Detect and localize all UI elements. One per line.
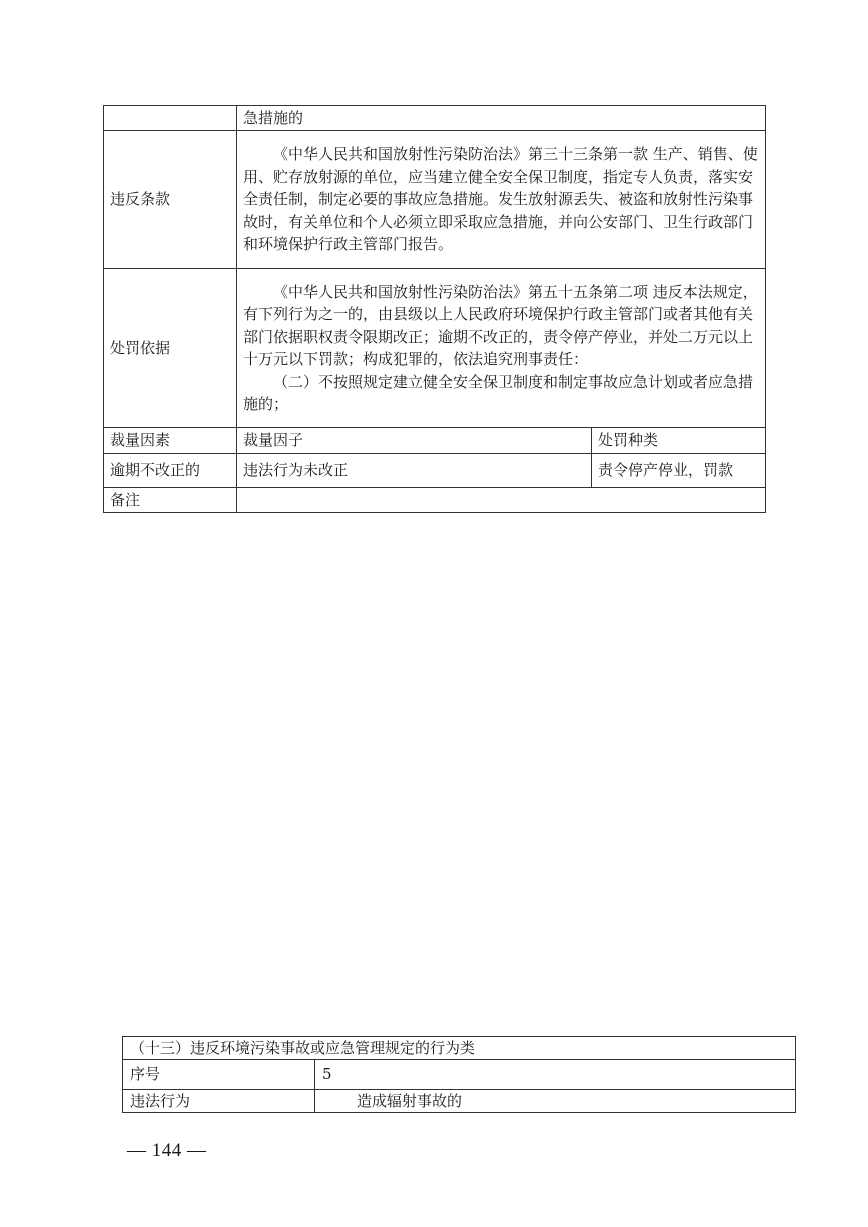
category-table: （十三）违反环境污染事故或应急管理规定的行为类 序号 5 违法行为 造成辐射事故… bbox=[122, 1036, 796, 1113]
serial-row: 序号 5 bbox=[123, 1060, 796, 1090]
violation-row: 违法行为 造成辐射事故的 bbox=[123, 1090, 796, 1113]
violation-clause-row: 违反条款 《中华人民共和国放射性污染防治法》第三十三条第一款 生产、销售、使用、… bbox=[104, 131, 766, 269]
discretion-header-row: 裁量因素 裁量因子 处罚种类 bbox=[104, 428, 766, 454]
continuation-row: 急措施的 bbox=[104, 106, 766, 131]
continuation-label bbox=[104, 106, 237, 131]
penalty-basis-paragraph: 《中华人民共和国放射性污染防治法》第五十五条第二项 违反本法规定，有下列行为之一… bbox=[243, 281, 759, 371]
remarks-label: 备注 bbox=[104, 488, 237, 513]
discretion-row: 逾期不改正的 违法行为未改正 责令停产停业，罚款 bbox=[104, 454, 766, 488]
discretion-detail: 违法行为未改正 bbox=[237, 454, 592, 488]
violation-label: 违法行为 bbox=[123, 1090, 315, 1113]
penalty-basis-label: 处罚依据 bbox=[104, 269, 237, 428]
continuation-text: 急措施的 bbox=[237, 106, 766, 131]
discretion-header-detail: 裁量因子 bbox=[237, 428, 592, 454]
penalty-table: 急措施的 违反条款 《中华人民共和国放射性污染防治法》第三十三条第一款 生产、销… bbox=[103, 105, 766, 513]
penalty-basis-item: （二）不按照规定建立健全安全保卫制度和制定事故应急计划或者应急措施的； bbox=[243, 371, 759, 416]
discretion-factor: 逾期不改正的 bbox=[104, 454, 237, 488]
violation-clause-text: 《中华人民共和国放射性污染防治法》第三十三条第一款 生产、销售、使用、贮存放射源… bbox=[243, 143, 759, 256]
serial-value: 5 bbox=[315, 1060, 796, 1090]
remarks-row: 备注 bbox=[104, 488, 766, 513]
violation-clause-label: 违反条款 bbox=[104, 131, 237, 269]
category-title: （十三）违反环境污染事故或应急管理规定的行为类 bbox=[123, 1037, 796, 1060]
remarks-text bbox=[237, 488, 766, 513]
discretion-penalty: 责令停产停业，罚款 bbox=[592, 454, 766, 488]
violation-value: 造成辐射事故的 bbox=[315, 1090, 796, 1113]
page-number: — 144 — bbox=[127, 1140, 207, 1162]
category-title-row: （十三）违反环境污染事故或应急管理规定的行为类 bbox=[123, 1037, 796, 1060]
discretion-header-factor: 裁量因素 bbox=[104, 428, 237, 454]
discretion-header-penalty: 处罚种类 bbox=[592, 428, 766, 454]
serial-label: 序号 bbox=[123, 1060, 315, 1090]
penalty-basis-row: 处罚依据 《中华人民共和国放射性污染防治法》第五十五条第二项 违反本法规定，有下… bbox=[104, 269, 766, 428]
